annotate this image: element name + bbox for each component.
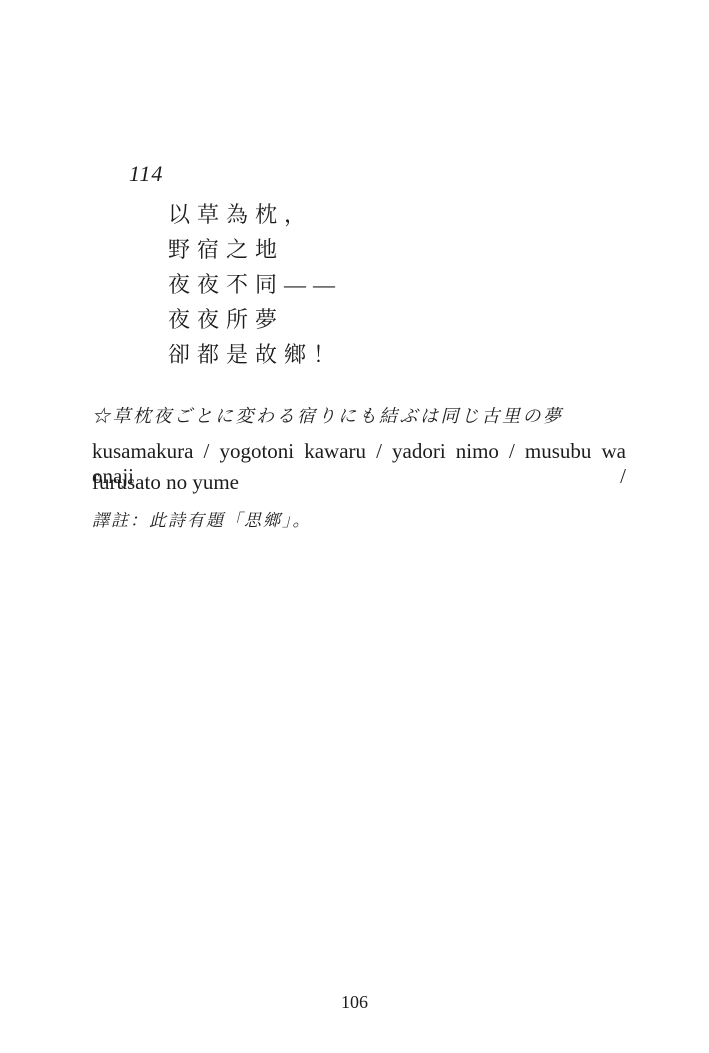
poem-line: 以草為枕， bbox=[168, 197, 342, 232]
poem-line: 夜夜不同—— bbox=[168, 267, 342, 302]
japanese-original-line: ☆草枕夜ごとに変わる宿りにも結ぶは同じ古里の夢 bbox=[92, 402, 564, 428]
poem-line: 卻都是故鄉！ bbox=[168, 337, 342, 372]
book-page: 114 以草為枕， 野宿之地 夜夜不同—— 夜夜所夢 卻都是故鄉！ ☆草枕夜ごと… bbox=[0, 0, 709, 1053]
poem-number: 114 bbox=[129, 161, 163, 187]
translator-note: 譯註：此詩有題「思鄉」。 bbox=[92, 506, 312, 531]
poem-line: 野宿之地 bbox=[168, 232, 342, 267]
page-number: 106 bbox=[0, 992, 709, 1013]
poem-line: 夜夜所夢 bbox=[168, 302, 342, 337]
romaji-line-2: furusato no yume bbox=[92, 470, 239, 495]
poem-block: 以草為枕， 野宿之地 夜夜不同—— 夜夜所夢 卻都是故鄉！ bbox=[168, 197, 342, 372]
